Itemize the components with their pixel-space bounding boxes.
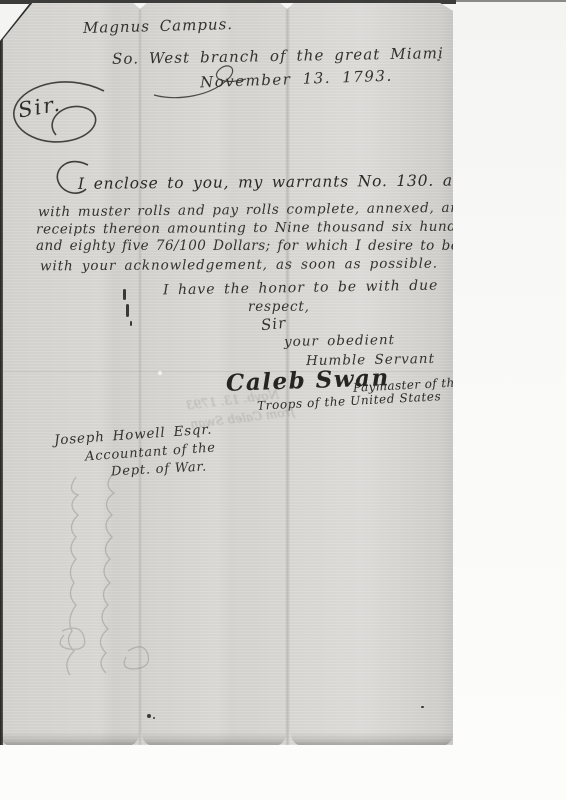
closing-line: your obedient: [284, 332, 395, 350]
salutation: Sir.: [16, 91, 63, 122]
top-edge-notch: [279, 2, 295, 9]
body-line: with muster rolls and pay rolls complete…: [38, 200, 469, 221]
body-line: receipts thereon amounting to Nine thous…: [36, 218, 482, 237]
top-edge-notch: [132, 2, 148, 9]
bottom-edge-shading: [0, 732, 139, 746]
closing-line: respect,: [248, 299, 310, 315]
bottom-edge-shading: [142, 732, 286, 746]
closing-line: Sir: [260, 314, 287, 335]
letter-page: Magnus Campus. So. West branch of the gr…: [0, 3, 453, 745]
body-line: with your acknowledgement, as soon as po…: [40, 256, 438, 275]
bottom-edge-shading: [291, 732, 453, 746]
ink-speck: [123, 289, 126, 300]
bleedthrough-script-columns: [32, 471, 162, 686]
letter-location: So. West branch of the great Miami: [112, 44, 444, 68]
fold-line-vertical-left: [138, 3, 142, 745]
scanned-letter-document: Magnus Campus. So. West branch of the gr…: [0, 0, 566, 800]
closing-line: I have the honor to be with due: [163, 278, 439, 299]
crease-highlight: [158, 371, 162, 375]
letter-date: November 13. 1793.: [200, 67, 393, 92]
ink-speck: [421, 706, 424, 708]
ink-speck: [126, 304, 129, 317]
page-corner-crease: [0, 1, 33, 42]
ink-speck: [147, 714, 151, 718]
recipient-department: Dept. of War.: [111, 459, 208, 479]
letter-place: Magnus Campus.: [83, 15, 233, 37]
ink-speck: [130, 321, 132, 326]
body-line: and eighty five 76/100 Dollars; for whic…: [36, 238, 521, 254]
ink-speck: [153, 717, 155, 719]
scan-border-left: [0, 39, 3, 745]
body-line: I enclose to you, my warrants No. 130. a…: [78, 171, 499, 193]
